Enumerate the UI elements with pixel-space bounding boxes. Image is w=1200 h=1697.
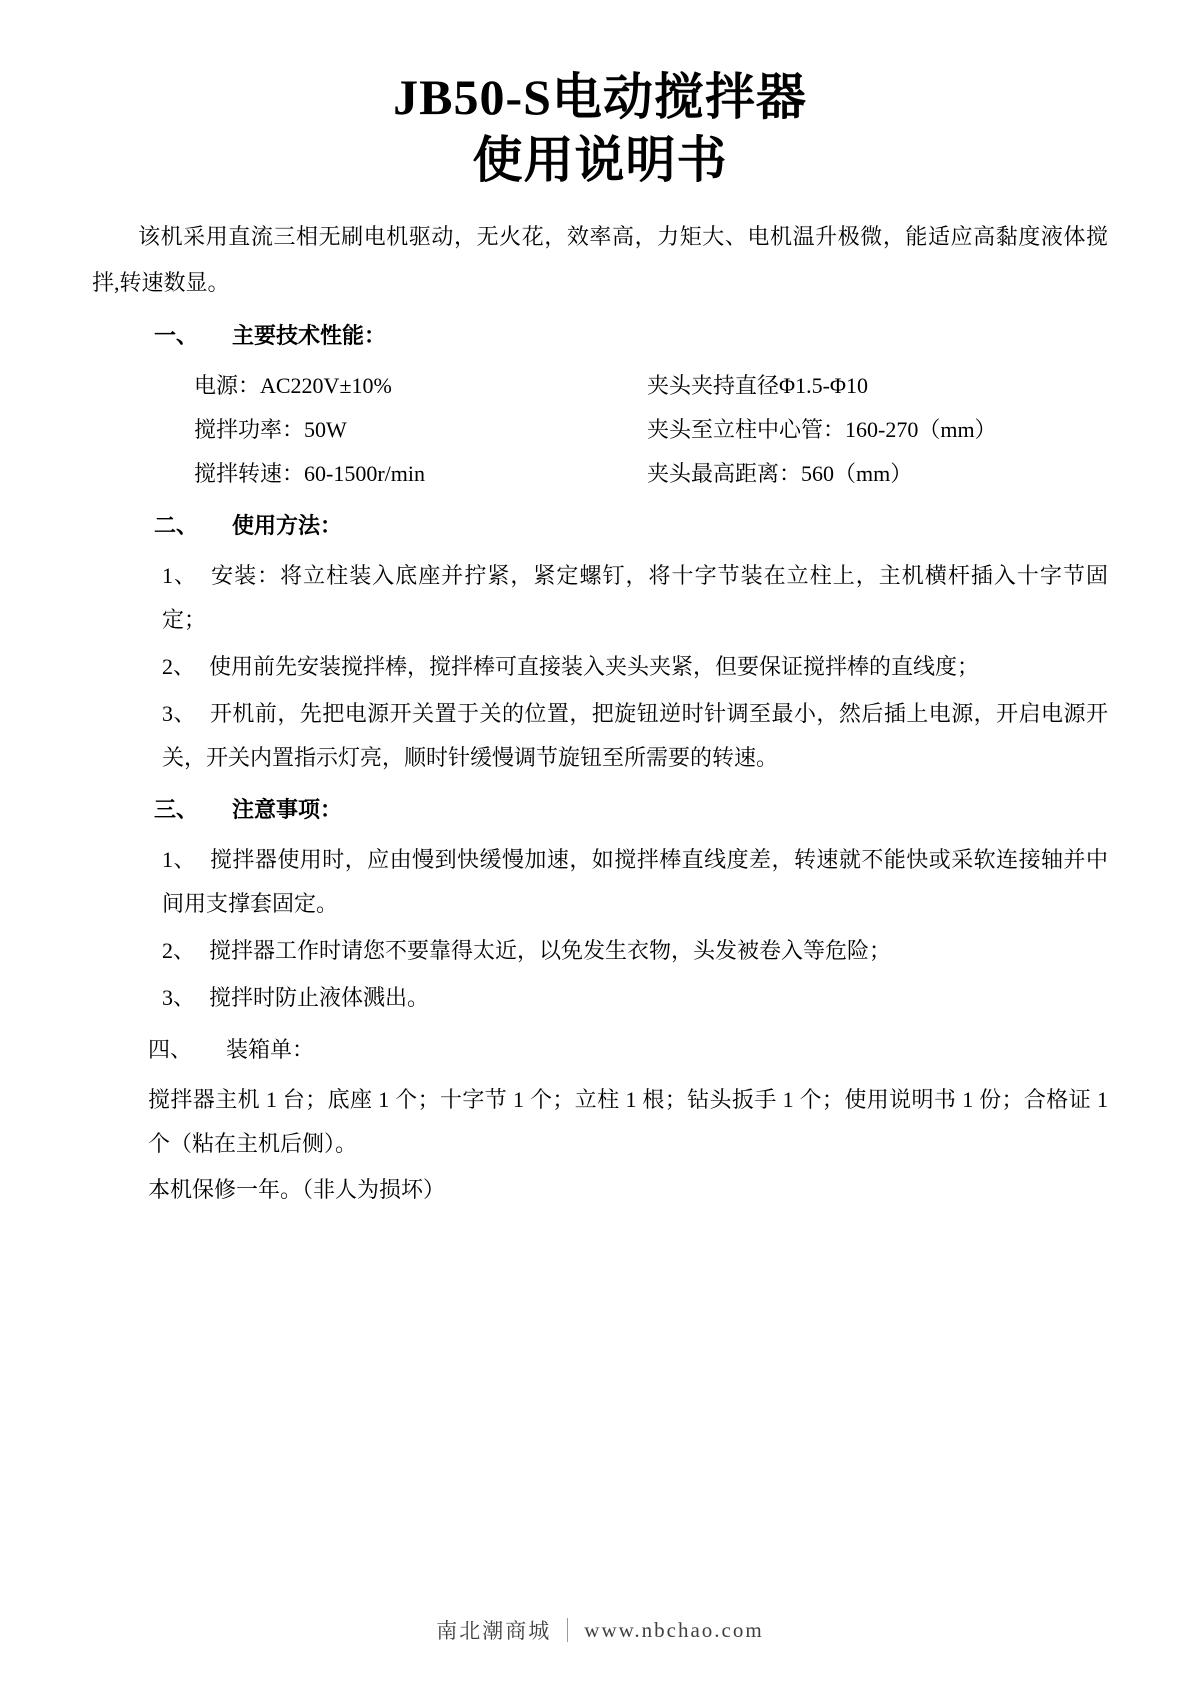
spec-row: 搅拌转速：60-1500r/min 夹头最高距离：560（mm）	[92, 452, 1108, 496]
list-item-text: 安装：将立柱装入底座并拧紧，紧定螺钉，将十字节装在立柱上，主机横杆插入十字节固定…	[162, 563, 1108, 632]
document-title: JB50-S电动搅拌器 使用说明书	[92, 66, 1108, 192]
list-item: 2、搅拌器工作时请您不要靠得太近，以免发生衣物，头发被卷入等危险；	[92, 929, 1108, 973]
list-item-number: 1、	[162, 847, 196, 872]
list-item-number: 3、	[162, 701, 196, 726]
title-line-2: 使用说明书	[92, 129, 1108, 192]
page-footer: 南北潮商城 www.nbchao.com	[0, 1615, 1200, 1645]
spec-power-supply: 电源：AC220V±10%	[92, 364, 647, 408]
list-item-number: 3、	[162, 985, 195, 1010]
section-1-heading: 一、主要技术性能：	[92, 314, 1108, 358]
section-1-title: 主要技术性能：	[232, 323, 386, 348]
spec-chuck-diameter: 夹头夹持直径Φ1.5-Φ10	[647, 364, 1108, 408]
section-4-title: 装箱单：	[226, 1037, 314, 1062]
list-item: 3、搅拌时防止液体溅出。	[92, 976, 1108, 1020]
footer-url: www.nbchao.com	[584, 1618, 763, 1643]
footer-divider	[567, 1618, 568, 1642]
list-item: 3、开机前，先把电源开关置于关的位置，把旋钮逆时针调至最小，然后插上电源，开启电…	[92, 692, 1108, 780]
list-item-number: 2、	[162, 654, 195, 679]
spec-chuck-max-distance: 夹头最高距离：560（mm）	[647, 452, 1108, 496]
warranty-paragraph: 本机保修一年。（非人为损坏）	[92, 1168, 1108, 1212]
footer-brand: 南北潮商城	[436, 1615, 551, 1645]
list-item-text: 搅拌器使用时，应由慢到快缓慢加速，如搅拌棒直线度差，转速就不能快或采软连接轴并中…	[162, 847, 1108, 916]
list-item-text: 搅拌器工作时请您不要靠得太近，以免发生衣物，头发被卷入等危险；	[209, 938, 891, 963]
packing-list-paragraph: 搅拌器主机 1 台；底座 1 个；十字节 1 个；立柱 1 根；钻头扳手 1 个…	[92, 1078, 1108, 1166]
section-3-title: 注意事项：	[232, 797, 342, 822]
list-item: 2、使用前先安装搅拌棒，搅拌棒可直接装入夹头夹紧，但要保证搅拌棒的直线度；	[92, 645, 1108, 689]
spec-stir-power: 搅拌功率：50W	[92, 408, 647, 452]
section-2-heading: 二、使用方法：	[92, 504, 1108, 548]
list-item-number: 2、	[162, 938, 195, 963]
spec-row: 电源：AC220V±10% 夹头夹持直径Φ1.5-Φ10	[92, 364, 1108, 408]
document-page: JB50-S电动搅拌器 使用说明书 该机采用直流三相无刷电机驱动，无火花，效率高…	[0, 0, 1200, 1697]
section-1-number: 一、	[154, 323, 198, 348]
spec-stir-speed: 搅拌转速：60-1500r/min	[92, 452, 647, 496]
spec-table: 电源：AC220V±10% 夹头夹持直径Φ1.5-Φ10 搅拌功率：50W 夹头…	[92, 364, 1108, 496]
document-content: JB50-S电动搅拌器 使用说明书 该机采用直流三相无刷电机驱动，无火花，效率高…	[0, 0, 1200, 1212]
list-item-text: 开机前，先把电源开关置于关的位置，把旋钮逆时针调至最小，然后插上电源，开启电源开…	[162, 701, 1108, 770]
list-item-text: 使用前先安装搅拌棒，搅拌棒可直接装入夹头夹紧，但要保证搅拌棒的直线度；	[209, 654, 979, 679]
list-item-number: 1、	[162, 563, 197, 588]
spec-chuck-to-column: 夹头至立柱中心管：160-270（mm）	[647, 408, 1108, 452]
section-2-title: 使用方法：	[232, 513, 342, 538]
title-line-1: JB50-S电动搅拌器	[92, 66, 1108, 129]
section-3-number: 三、	[154, 797, 198, 822]
spec-row: 搅拌功率：50W 夹头至立柱中心管：160-270（mm）	[92, 408, 1108, 452]
list-item-text: 搅拌时防止液体溅出。	[209, 985, 429, 1010]
section-2-number: 二、	[154, 513, 198, 538]
list-item: 1、搅拌器使用时，应由慢到快缓慢加速，如搅拌棒直线度差，转速就不能快或采软连接轴…	[92, 838, 1108, 926]
section-4-number: 四、	[148, 1037, 192, 1062]
intro-paragraph: 该机采用直流三相无刷电机驱动，无火花，效率高，力矩大、电机温升极微，能适应高黏度…	[92, 214, 1108, 306]
section-3-heading: 三、注意事项：	[92, 788, 1108, 832]
list-item: 1、安装：将立柱装入底座并拧紧，紧定螺钉，将十字节装在立柱上，主机横杆插入十字节…	[92, 554, 1108, 642]
section-4-heading: 四、装箱单：	[92, 1028, 1108, 1072]
